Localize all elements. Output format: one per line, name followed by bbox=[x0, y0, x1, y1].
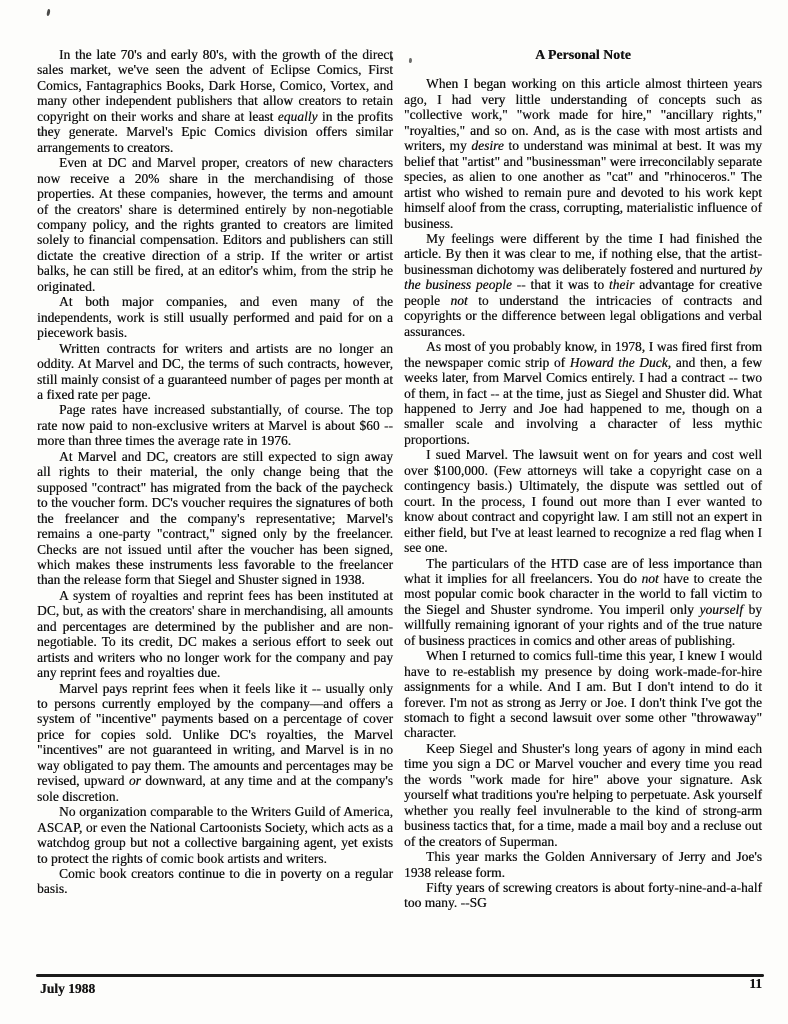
body-text: Keep Siegel and Shuster's long years of … bbox=[404, 741, 762, 849]
paragraph: Keep Siegel and Shuster's long years of … bbox=[404, 741, 762, 849]
body-text: No organization comparable to the Writer… bbox=[37, 804, 393, 865]
paragraph: At both major companies, and even many o… bbox=[37, 294, 393, 340]
paragraph: My feelings were different by the time I… bbox=[404, 231, 762, 339]
paragraph: As most of you probably know, in 1978, I… bbox=[404, 339, 762, 447]
paragraph: No organization comparable to the Writer… bbox=[37, 804, 393, 866]
body-text: A system of royalties and reprint fees h… bbox=[37, 588, 393, 680]
body-text: Written contracts for writers and artist… bbox=[37, 341, 393, 402]
italic-text: their bbox=[609, 277, 635, 292]
italic-text: yourself bbox=[699, 602, 743, 617]
paragraph: I sued Marvel. The lawsuit went on for y… bbox=[404, 447, 762, 555]
paragraph: At Marvel and DC, creators are still exp… bbox=[37, 449, 393, 588]
paragraph: When I began working on this article alm… bbox=[404, 76, 762, 231]
paragraph: Fifty years of screwing creators is abou… bbox=[404, 880, 762, 911]
scan-artifact bbox=[46, 9, 51, 17]
body-text: This year marks the Golden Anniversary o… bbox=[404, 849, 762, 879]
body-text: My feelings were different by the time I… bbox=[404, 231, 762, 277]
paragraph: This year marks the Golden Anniversary o… bbox=[404, 849, 762, 880]
paragraph: Marvel pays reprint fees when it feels l… bbox=[37, 681, 393, 805]
left-column: In the late 70's and early 80's, with th… bbox=[37, 47, 393, 897]
body-text: -- that it was to bbox=[512, 277, 609, 292]
italic-text: equally bbox=[278, 109, 318, 124]
body-text: Comic book creators continue to die in p… bbox=[37, 866, 393, 896]
body-text: At Marvel and DC, creators are still exp… bbox=[37, 449, 393, 588]
footer-divider bbox=[36, 974, 764, 977]
italic-text: or bbox=[129, 773, 141, 788]
paragraph: Written contracts for writers and artist… bbox=[37, 341, 393, 403]
left-column-body: In the late 70's and early 80's, with th… bbox=[37, 47, 393, 897]
body-text: I sued Marvel. The lawsuit went on for y… bbox=[404, 447, 762, 555]
paragraph: Even at DC and Marvel proper, creators o… bbox=[37, 155, 393, 294]
right-column-body: When I began working on this article alm… bbox=[404, 76, 762, 910]
italic-text: Howard the Duck bbox=[570, 355, 668, 370]
paragraph: When I returned to comics full-time this… bbox=[404, 648, 762, 741]
scanned-article-page: In the late 70's and early 80's, with th… bbox=[0, 0, 788, 1024]
page-number: 11 bbox=[749, 976, 762, 992]
body-text: Marvel pays reprint fees when it feels l… bbox=[37, 681, 393, 789]
body-text: Even at DC and Marvel proper, creators o… bbox=[37, 155, 393, 294]
paragraph: In the late 70's and early 80's, with th… bbox=[37, 47, 393, 155]
body-text: Page rates have increased substantially,… bbox=[37, 402, 393, 448]
paragraph: The particulars of the HTD case are of l… bbox=[404, 556, 762, 649]
right-column: A Personal Note When I began working on … bbox=[404, 47, 762, 911]
footer-issue-date: July 1988 bbox=[40, 981, 95, 997]
body-text: When I returned to comics full-time this… bbox=[404, 648, 762, 740]
italic-text: not bbox=[641, 571, 658, 586]
paragraph: Comic book creators continue to die in p… bbox=[37, 866, 393, 897]
italic-text: not bbox=[450, 293, 467, 308]
personal-note-heading: A Personal Note bbox=[404, 47, 762, 62]
paragraph: Page rates have increased substantially,… bbox=[37, 402, 393, 448]
italic-text: desire bbox=[471, 138, 504, 153]
paragraph: A system of royalties and reprint fees h… bbox=[37, 588, 393, 681]
body-text: Fifty years of screwing creators is abou… bbox=[404, 880, 762, 910]
body-text: At both major companies, and even many o… bbox=[37, 294, 393, 340]
